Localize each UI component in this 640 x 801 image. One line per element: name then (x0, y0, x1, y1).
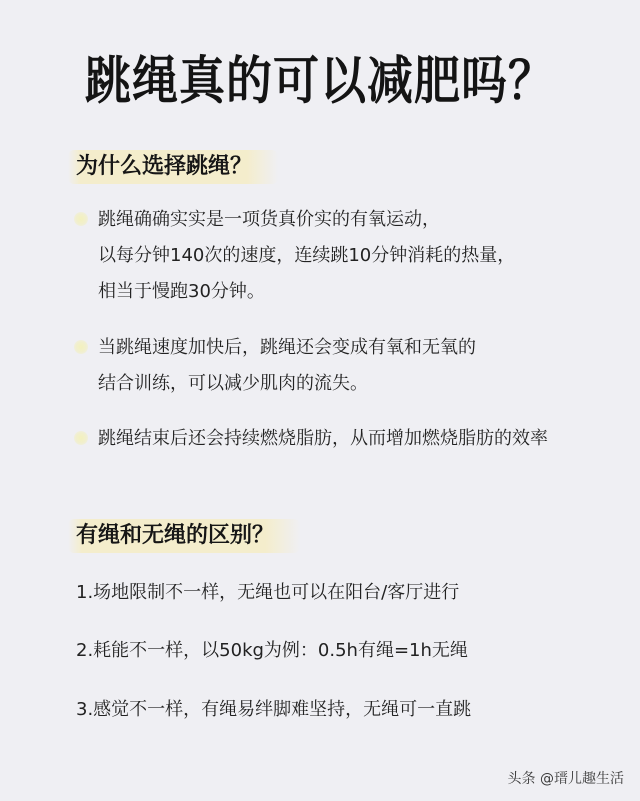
numbered-item: 1.场地限制不一样，无绳也可以在阳台/客厅进行 (76, 578, 459, 604)
bullet-dot-icon (74, 340, 88, 354)
bullet-item: 跳绳结束后还会持续燃烧脂肪，从而增加燃烧脂肪的效率 (72, 421, 548, 457)
bullet-line: 当跳绳速度加快后，跳绳还会变成有氧和无氧的 (98, 330, 476, 366)
bullet-item: 跳绳确确实实是一项货真价实的有氧运动， 以每分钟140次的速度，连续跳10分钟消… (72, 202, 515, 310)
bullet-line: 跳绳确确实实是一项货真价实的有氧运动， (98, 202, 515, 238)
numbered-item: 2.耗能不一样，以50kg为例：0.5h有绳=1h无绳 (76, 636, 468, 662)
section-heading-why-jump-rope: 为什么选择跳绳？ (68, 150, 278, 184)
bullet-dot-icon (74, 212, 88, 226)
bullet-line: 跳绳结束后还会持续燃烧脂肪，从而增加燃烧脂肪的效率 (98, 421, 548, 457)
watermark: 头条 @瑨儿趣生活 (508, 768, 624, 788)
bullet-item: 当跳绳速度加快后，跳绳还会变成有氧和无氧的 结合训练，可以减少肌肉的流失。 (72, 330, 476, 402)
bullet-line: 结合训练，可以减少肌肉的流失。 (98, 366, 476, 402)
bullet-line: 相当于慢跑30分钟。 (98, 274, 515, 310)
section-heading-rope-vs-ropeless: 有绳和无绳的区别？ (68, 519, 300, 553)
bullet-dot-icon (74, 431, 88, 445)
numbered-item: 3.感觉不一样，有绳易绊脚难坚持，无绳可一直跳 (76, 695, 471, 721)
page-title: 跳绳真的可以减肥吗？ (0, 40, 640, 114)
bullet-line: 以每分钟140次的速度，连续跳10分钟消耗的热量， (98, 238, 515, 274)
